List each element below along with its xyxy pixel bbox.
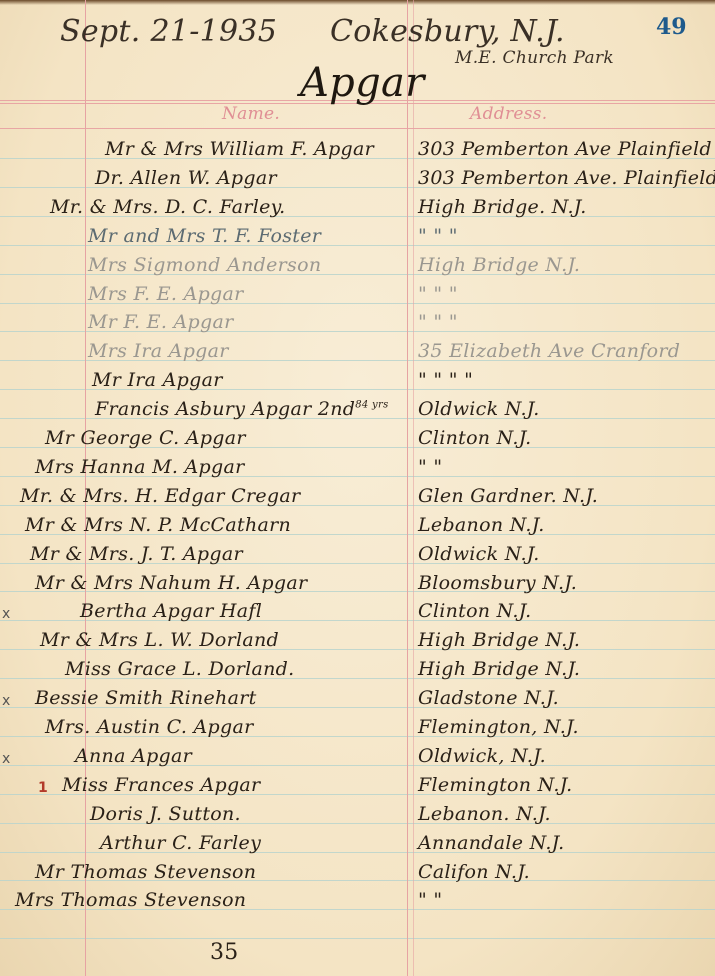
- entry-name: Anna Apgar: [75, 745, 192, 767]
- entry-name: Mr & Mrs L. W. Dorland: [40, 629, 279, 651]
- entry-address: Oldwick N.J.: [418, 398, 540, 420]
- entry-name-text: Mr & Mrs N. P. McCatharn: [25, 514, 291, 536]
- entry-name: Mrs F. E. Apgar: [88, 283, 244, 305]
- entry-name: Miss Frances Apgar: [62, 774, 260, 796]
- header-rule: [0, 128, 715, 129]
- entry-name: Arthur C. Farley: [100, 832, 261, 854]
- column-divider-rule: [407, 0, 408, 976]
- entry-name: Mrs Hanna M. Apgar: [35, 456, 244, 478]
- entry-name-text: Mrs F. E. Apgar: [88, 283, 244, 305]
- entry-name-text: Mr Ira Apgar: [92, 369, 223, 391]
- entry-name: Bessie Smith Rinehart: [35, 687, 257, 709]
- entry-address: Califon N.J.: [418, 861, 530, 883]
- entry-name: Mrs Sigmond Anderson: [88, 254, 321, 276]
- entry-name-text: Mrs Thomas Stevenson: [15, 889, 246, 911]
- entry-name-text: Mrs. Austin C. Apgar: [45, 716, 253, 738]
- entry-name: Miss Grace L. Dorland.: [65, 658, 294, 680]
- entry-name-text: Mr. & Mrs. D. C. Farley.: [50, 196, 286, 218]
- margin-mark: x: [2, 693, 10, 709]
- entry-name-text: Mr F. E. Apgar: [88, 311, 234, 333]
- entry-name-text: Mrs Ira Apgar: [88, 340, 229, 362]
- entry-address: 35 Elizabeth Ave Cranford: [418, 340, 680, 362]
- margin-mark: 1: [38, 780, 48, 796]
- register-page: 49 Sept. 21-1935 Cokesbury, N.J. M.E. Ch…: [0, 0, 715, 976]
- entry-address: Flemington, N.J.: [418, 716, 579, 738]
- entry-name-text: Mr & Mrs L. W. Dorland: [40, 629, 279, 651]
- entry-name: Mrs. Austin C. Apgar: [45, 716, 253, 738]
- entry-name-text: Mr & Mrs. J. T. Apgar: [30, 543, 243, 565]
- entry-address: Glen Gardner. N.J.: [418, 485, 598, 507]
- event-place: Cokesbury, N.J.: [330, 14, 565, 49]
- entry-name: Mr. & Mrs. H. Edgar Cregar: [20, 485, 300, 507]
- entry-name: Mr & Mrs William F. Apgar: [105, 138, 374, 160]
- column-header-address: Address.: [470, 104, 547, 124]
- entry-name-text: Dr. Allen W. Apgar: [95, 167, 277, 189]
- entry-name-text: Miss Grace L. Dorland.: [65, 658, 294, 680]
- entry-address: Bloomsbury N.J.: [418, 572, 577, 594]
- entry-address: 303 Pemberton Ave. Plainfield: [418, 167, 715, 189]
- entry-name-text: Bessie Smith Rinehart: [35, 687, 257, 709]
- entry-name: Doris J. Sutton.: [90, 803, 241, 825]
- entry-name: Mrs Ira Apgar: [88, 340, 229, 362]
- entry-name-text: Mr Thomas Stevenson: [35, 861, 256, 883]
- entry-address: High Bridge. N.J.: [418, 196, 587, 218]
- entry-address: Flemington N.J.: [418, 774, 572, 796]
- ruled-line: [0, 938, 715, 939]
- entry-name: Mrs Thomas Stevenson: [15, 889, 246, 911]
- entry-name-text: Mr. & Mrs. H. Edgar Cregar: [20, 485, 300, 507]
- entry-name: Mr. & Mrs. D. C. Farley.: [50, 196, 286, 218]
- entry-address: Gladstone N.J.: [418, 687, 559, 709]
- entry-name: Mr F. E. Apgar: [88, 311, 234, 333]
- entry-age-note: 84 yrs: [355, 400, 388, 411]
- family-name-heading: Apgar: [300, 60, 425, 106]
- entry-name-text: Anna Apgar: [75, 745, 192, 767]
- entry-name: Mr Ira Apgar: [92, 369, 223, 391]
- entry-name-text: Mr & Mrs William F. Apgar: [105, 138, 374, 160]
- entry-address: " " " ": [418, 369, 473, 391]
- entry-name: Mr & Mrs N. P. McCatharn: [25, 514, 291, 536]
- entry-address: Oldwick N.J.: [418, 543, 540, 565]
- entry-name-text: Mrs Hanna M. Apgar: [35, 456, 244, 478]
- entry-name: Francis Asbury Apgar 2nd84 yrs: [95, 398, 389, 420]
- page-number: 49: [656, 14, 687, 40]
- entry-name: Mr & Mrs. J. T. Apgar: [30, 543, 243, 565]
- entry-address: Lebanon N.J.: [418, 514, 545, 536]
- column-header-name: Name.: [222, 104, 280, 124]
- entry-name-text: Mr & Mrs Nahum H. Apgar: [35, 572, 307, 594]
- entry-name-text: Doris J. Sutton.: [90, 803, 241, 825]
- entry-name-text: Bertha Apgar Hafl: [80, 600, 262, 622]
- event-date: Sept. 21-1935: [60, 14, 277, 49]
- entry-address: 303 Pemberton Ave Plainfield: [418, 138, 712, 160]
- entry-address: High Bridge N.J.: [418, 254, 580, 276]
- entry-address: " ": [418, 456, 442, 478]
- entry-name-text: Francis Asbury Apgar 2nd: [95, 398, 355, 420]
- entry-address: Annandale N.J.: [418, 832, 564, 854]
- margin-mark: x: [2, 751, 10, 767]
- entry-name: Mr & Mrs Nahum H. Apgar: [35, 572, 307, 594]
- entry-address: High Bridge N.J.: [418, 629, 580, 651]
- entry-name-text: Arthur C. Farley: [100, 832, 261, 854]
- entry-name: Mr George C. Apgar: [45, 427, 246, 449]
- entry-address: Clinton N.J.: [418, 600, 532, 622]
- entry-address: High Bridge N.J.: [418, 658, 580, 680]
- entry-address: Oldwick, N.J.: [418, 745, 546, 767]
- entry-address: " " ": [418, 225, 458, 247]
- entry-address: Lebanon. N.J.: [418, 803, 551, 825]
- entry-name-text: Mr and Mrs T. F. Foster: [88, 225, 321, 247]
- entry-name: Dr. Allen W. Apgar: [95, 167, 277, 189]
- entry-name: Mr Thomas Stevenson: [35, 861, 256, 883]
- entry-name: Bertha Apgar Hafl: [80, 600, 262, 622]
- entry-name-text: Mr George C. Apgar: [45, 427, 246, 449]
- entry-address: " " ": [418, 283, 458, 305]
- entry-address: " " ": [418, 311, 458, 333]
- total-count: 35: [210, 940, 239, 965]
- entry-name: Mr and Mrs T. F. Foster: [88, 225, 321, 247]
- entry-name-text: Miss Frances Apgar: [62, 774, 260, 796]
- event-venue: M.E. Church Park: [455, 48, 614, 68]
- column-divider-rule-2: [413, 0, 414, 976]
- margin-mark: x: [2, 606, 10, 622]
- entry-address: " ": [418, 889, 442, 911]
- entry-address: Clinton N.J.: [418, 427, 532, 449]
- entry-name-text: Mrs Sigmond Anderson: [88, 254, 321, 276]
